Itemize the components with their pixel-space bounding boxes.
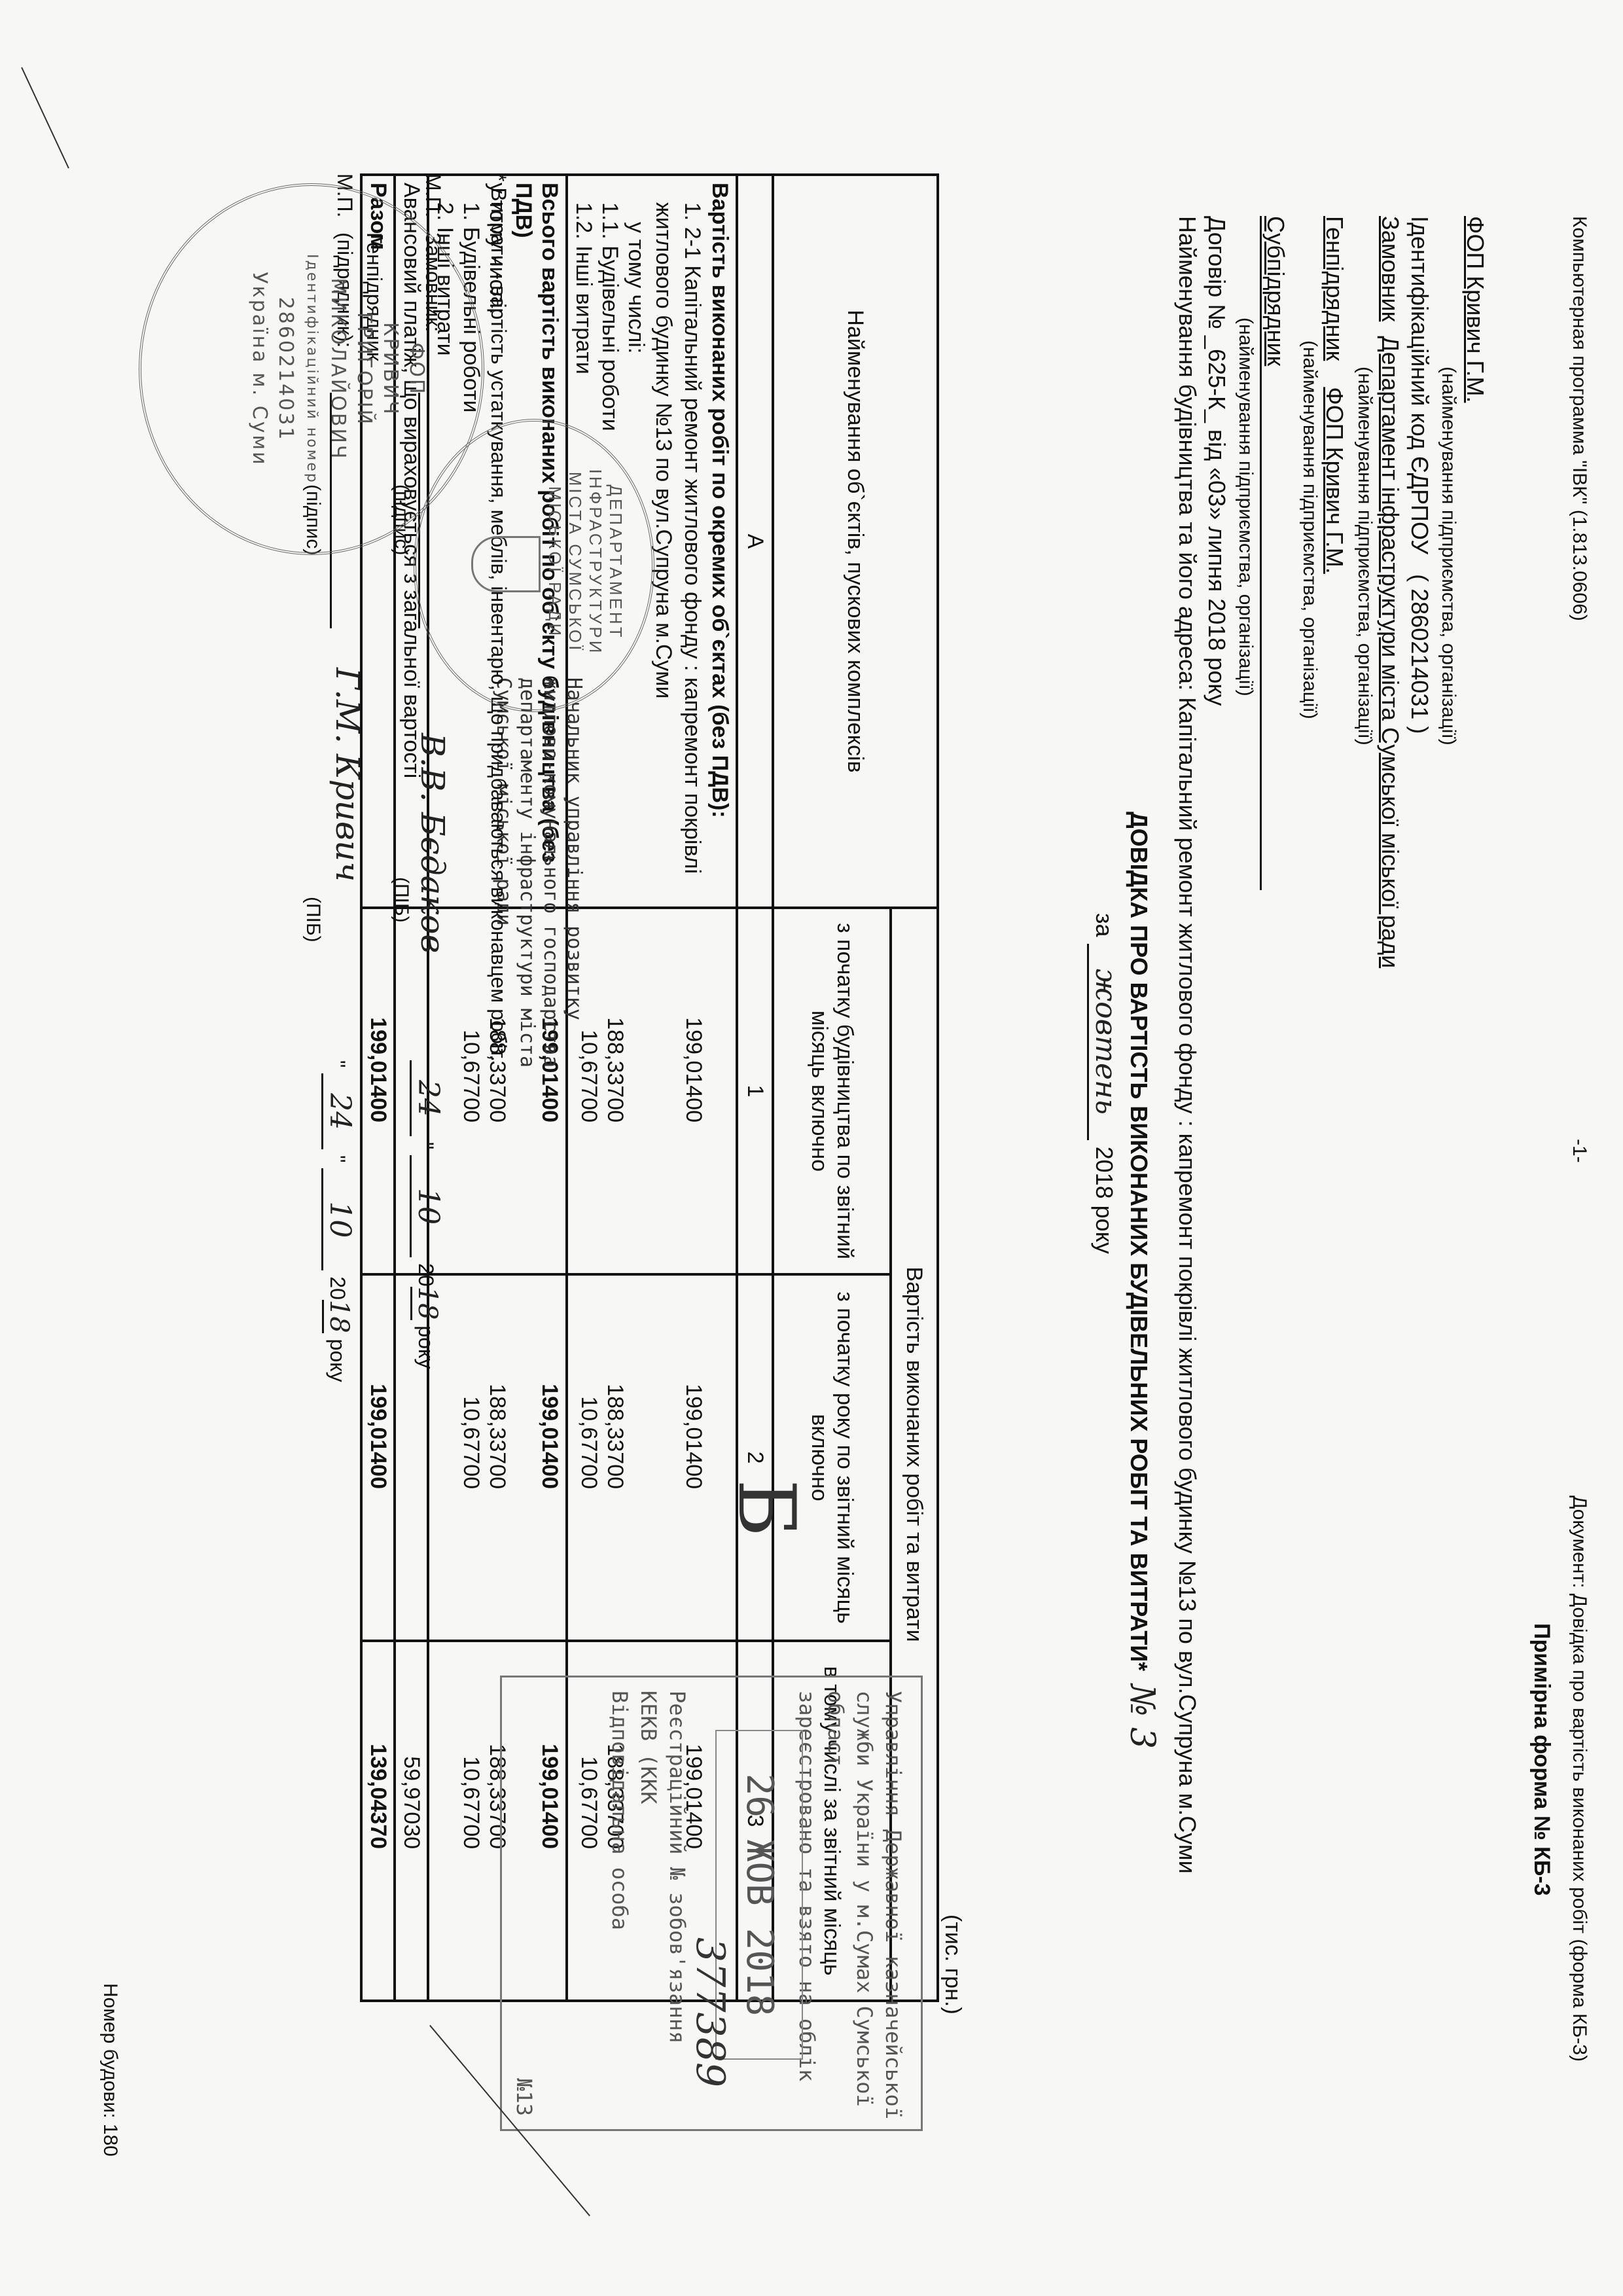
customer-value: Департамент інфраструктури міста Сумсько…	[1377, 336, 1404, 968]
customer-name-handwritten: В.В. Бєдаков	[414, 733, 452, 953]
treasury-person: Відповідальна особа	[605, 1691, 634, 2043]
contractor-seal-text: ФОП КРИВИЧ ГРИГОРІЙ МИКОЛАЙОВИЧ Ідентифі…	[246, 186, 429, 552]
period-prefix: за	[1091, 913, 1118, 937]
customer-seal-text: ДЕПАРТАМЕНТ ІНФРАСТРУКТУРИ МІСТА СУМСЬКО…	[544, 448, 626, 677]
document-name: Документ: Довідка про вартість виконаних…	[1568, 1496, 1590, 2062]
general-contractor-value: ФОП Кривич Г.М.	[1321, 387, 1348, 573]
customer-name-caption: (ПІБ)	[390, 877, 412, 923]
document-page: Компьютерная программа "ІВК" (1.813.0606…	[0, 0, 1623, 2296]
pen-stroke	[21, 67, 69, 169]
customer-date-year-prefix: 20	[414, 1263, 438, 1287]
index-a: А	[737, 175, 773, 908]
treasury-number: №13	[512, 2078, 537, 2116]
contractor-date-month: 10	[321, 1168, 357, 1270]
contractor-date-year-prefix: 20	[326, 1276, 349, 1300]
page-number: -1-	[1568, 1139, 1590, 1163]
section1-col2: 199,01400 188,33700 10,67700	[567, 1274, 737, 1641]
position-line: Начальник управління розвитку	[562, 677, 586, 1067]
document-title: ДОВІДКА ПРО ВАРТІСТЬ ВИКОНАНИХ БУДІВЕЛЬН…	[1122, 812, 1162, 1749]
col-header-name: Найменування об`єктів, пускових комплекс…	[773, 175, 938, 908]
contractor-date-day: 24	[321, 1073, 357, 1149]
seal-line: ГРИГОРІЙ	[351, 186, 377, 552]
section2-col2: 199,01400 188,33700 10,67700	[428, 1274, 567, 1641]
customer-row: Замовник Департамент інфраструктури міст…	[1376, 216, 1404, 968]
customer-date: 24 " 10 2018 року	[412, 1060, 445, 1369]
contractor-date: " 24 " 10 2018 року	[323, 1060, 357, 1382]
cell-value: 199,01400	[681, 916, 707, 1122]
subcontractor-line	[1260, 216, 1262, 890]
contractor-name-handwritten: Г.М. Кривич	[329, 668, 366, 882]
construction-name: Найменування будівництва та його адреса:…	[1173, 216, 1201, 1874]
cell-value: 188,33700	[484, 1282, 510, 1489]
contractor-name-caption: (ПІБ)	[302, 897, 324, 942]
customer-caption: (найменування підприємства, організації)	[1353, 367, 1376, 745]
customer-date-day: 24	[410, 1060, 445, 1136]
cell-value: 199,01400	[537, 1282, 563, 1489]
contract-info: Договір № _625-К_ від «03» липня 2018 ро…	[1203, 216, 1230, 706]
seal-line: Ідентифікаційний номер	[298, 186, 325, 552]
position-line: департаменту інфраструктури міста	[515, 677, 539, 1067]
document-number-handwritten: № 3	[1122, 1684, 1162, 1749]
treasury-reg-number-handwritten: 377389	[687, 1937, 733, 2087]
general-contractor-row: Генпідрядник ФОП Кривич Г.М.	[1321, 216, 1348, 574]
subcontractor-caption: (найменування підприємства, організації)	[1234, 317, 1257, 696]
index-2: 2	[737, 1274, 773, 1641]
cell-value: 10,67700	[576, 1282, 602, 1489]
edrpou-label: Ідентифікаційний код ЄДРПОУ	[1406, 216, 1433, 554]
cell-value: 10,67700	[458, 916, 484, 1122]
contractor-seal: ФОП КРИВИЧ ГРИГОРІЙ МИКОЛАЙОВИЧ Ідентифі…	[139, 183, 484, 555]
treasury-line: Управління Державної казначейської	[879, 1691, 908, 2129]
building-number: Номер будови: 180	[99, 1983, 121, 2157]
year-word: року	[326, 1339, 349, 1382]
section1-col1: 199,01400 188,33700 10,67700	[567, 908, 737, 1274]
handwritten-mark: Б	[721, 1479, 811, 1537]
cell-value: 188,33700	[602, 1282, 628, 1489]
seal-line: МИКОЛАЙОВИЧ	[325, 186, 351, 552]
customer-label: Замовник	[1377, 216, 1404, 321]
section1-title: Вартість виконаних робіт по окремих об`є…	[707, 183, 733, 900]
cell-value: 10,67700	[458, 1282, 484, 1489]
customer-date-month: 10	[410, 1155, 445, 1257]
period-row: за жовтень 2018 року	[1087, 913, 1122, 1254]
treasury-kekv: КЕКВ (ККК	[634, 1691, 663, 2043]
period-suffix: 2018 року	[1091, 1147, 1118, 1254]
col-header-since-start: з початку будівництва по звітний місяць …	[773, 908, 891, 1274]
company-caption: (найменування підприємства, організації)	[1437, 367, 1459, 745]
cell-value: 199,01400	[361, 1274, 395, 1641]
index-1: 1	[737, 908, 773, 1274]
document-title-text: ДОВІДКА ПРО ВАРТІСТЬ ВИКОНАНИХ БУДІВЕЛЬН…	[1126, 812, 1152, 1671]
position-line: житлово-комунального господарства	[539, 677, 562, 1067]
cell-value: 188,33700	[602, 916, 628, 1122]
year-word: року	[414, 1325, 438, 1369]
cell-value: 199,01400	[681, 1282, 707, 1489]
cell-value: 10,67700	[458, 1649, 484, 1849]
program-info: Компьютерная программа "ІВК" (1.813.0606…	[1568, 216, 1590, 621]
general-contractor-label: Генпідрядник	[1321, 216, 1348, 361]
edrpou-value: ( 2860214031 )	[1406, 574, 1433, 734]
edrpou-row: Ідентифікаційний код ЄДРПОУ ( 2860214031…	[1406, 216, 1433, 734]
cell-value: 139,04370	[361, 1641, 395, 2001]
form-title: Примірна форма № КБ-3	[1529, 1623, 1554, 1896]
units-label: (тис. грн.)	[940, 1914, 965, 2015]
seal-line: ФОП	[403, 186, 429, 552]
contractor-date-year: 18	[322, 1300, 354, 1333]
section1-object-name: 1. 2-1 Капітальний ремонт житлового фонд…	[649, 183, 707, 900]
seal-line: 2860214031	[272, 186, 298, 552]
subcontractor-label: Субпідрядник	[1262, 216, 1289, 366]
treasury-line: служби України у м.Сумах Сумської област	[821, 1691, 879, 2129]
cell-value: 59,97030	[395, 1641, 428, 2001]
cell-value: 199,01400	[361, 908, 395, 1274]
seal-line: КРИВИЧ	[377, 186, 403, 552]
general-contractor-caption: (найменування підприємства, організації)	[1298, 340, 1321, 719]
period-month-handwritten: жовтень	[1089, 969, 1122, 1115]
customer-date-year: 18	[410, 1287, 442, 1320]
seal-line: Україна м. Суми	[246, 186, 272, 552]
company-name: ФОП Кривич Г.М.	[1461, 216, 1489, 403]
col-header-since-year: з початку року по звітний місяць включно	[773, 1274, 891, 1641]
trident-emblem-icon	[471, 536, 541, 592]
